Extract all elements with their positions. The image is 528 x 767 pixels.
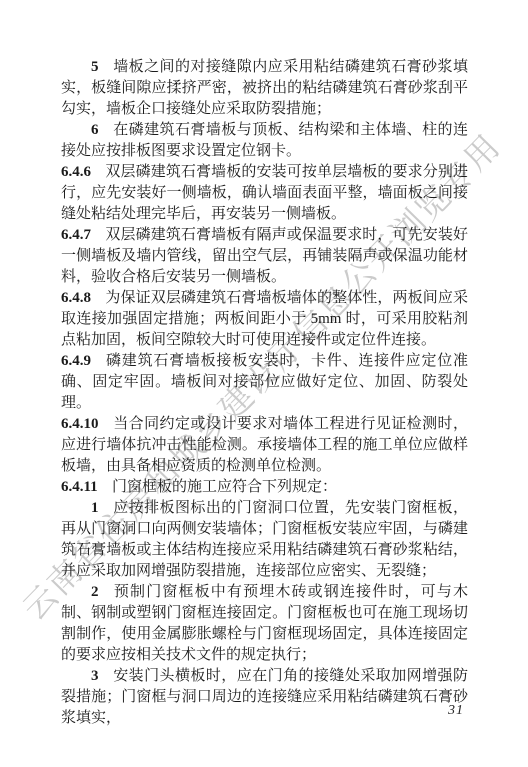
paragraph-item-5: 5墙板之间的对接缝隙内应采用粘结磷建筑石膏砂浆填实，板缝间隙应揉挤严密，被挤出的… [61, 57, 468, 120]
clause-text: 磷建筑石膏墙板接板安装时，卡件、连接件应定位准确、固定牢固。墙板间对接部位应做好… [61, 353, 468, 411]
paragraph-6-4-10: 6.4.10当合同约定或设计要求对墙体工程进行见证检测时，应进行墙体抗冲击性能检… [61, 414, 468, 477]
item-number: 1 [91, 500, 99, 516]
clause-text: 双层磷建筑石膏墙板有隔声或保温要求时，可先安装好一侧墙板及墙内管线，留出空气层，… [61, 227, 468, 285]
item-text: 墙板之间的对接缝隙内应采用粘结磷建筑石膏砂浆填实，板缝间隙应揉挤严密，被挤出的粘… [61, 59, 468, 117]
item-number: 6 [91, 122, 99, 138]
item-text: 预制门窗框板中有预埋木砖或钢连接件时，可与木制、钢制或塑钢门窗框连接固定。门窗框… [61, 584, 468, 663]
paragraph-item-1: 1应按排板图标出的门窗洞口位置，先安装门窗框板，再从门窗洞口向两侧安装墙体；门窗… [61, 498, 468, 582]
clause-number: 6.4.8 [61, 290, 91, 306]
paragraph-item-6: 6在磷建筑石膏墙板与顶板、结构梁和主体墙、柱的连接处应按排板图要求设置定位钢卡。 [61, 120, 468, 162]
document-page: 云南省住房和城乡建设厅信息公开浏览专用 5墙板之间的对接缝隙内应采用粘结磷建筑石… [0, 0, 528, 767]
item-number: 2 [91, 584, 99, 600]
item-text: 在磷建筑石膏墙板与顶板、结构梁和主体墙、柱的连接处应按排板图要求设置定位钢卡。 [61, 122, 468, 159]
body-text: 5墙板之间的对接缝隙内应采用粘结磷建筑石膏砂浆填实，板缝间隙应揉挤严密，被挤出的… [61, 57, 468, 729]
item-text: 安装门头横板时，应在门角的接缝处采取加网增强防裂措施；门窗框与洞口周边的连接缝应… [61, 668, 468, 726]
clause-number: 6.4.9 [61, 353, 91, 369]
clause-text: 门窗框板的施工应符合下列规定： [112, 479, 337, 495]
page-number: 31 [448, 703, 464, 719]
item-number: 3 [91, 668, 99, 684]
clause-text: 为保证双层磷建筑石膏墙板墙体的整体性，两板间应采取连接加强固定措施；两板间距小于… [61, 290, 468, 348]
clause-text: 当合同约定或设计要求对墙体工程进行见证检测时，应进行墙体抗冲击性能检测。承接墙体… [61, 416, 468, 474]
paragraph-6-4-7: 6.4.7双层磷建筑石膏墙板有隔声或保温要求时，可先安装好一侧墙板及墙内管线，留… [61, 225, 468, 288]
clause-number: 6.4.6 [61, 164, 91, 180]
clause-text: 双层磷建筑石膏墙板的安装可按单层墙板的要求分别进行，应先安装好一侧墙板，确认墙面… [61, 164, 468, 222]
paragraph-6-4-11: 6.4.11门窗框板的施工应符合下列规定： [61, 477, 468, 498]
paragraph-6-4-8: 6.4.8为保证双层磷建筑石膏墙板墙体的整体性，两板间应采取连接加强固定措施；两… [61, 288, 468, 351]
clause-number: 6.4.7 [61, 227, 91, 243]
clause-number: 6.4.10 [61, 416, 99, 432]
paragraph-item-3: 3安装门头横板时，应在门角的接缝处采取加网增强防裂措施；门窗框与洞口周边的连接缝… [61, 666, 468, 729]
paragraph-6-4-9: 6.4.9磷建筑石膏墙板接板安装时，卡件、连接件应定位准确、固定牢固。墙板间对接… [61, 351, 468, 414]
paragraph-6-4-6: 6.4.6双层磷建筑石膏墙板的安装可按单层墙板的要求分别进行，应先安装好一侧墙板… [61, 162, 468, 225]
clause-number: 6.4.11 [61, 479, 98, 495]
paragraph-item-2: 2预制门窗框板中有预埋木砖或钢连接件时，可与木制、钢制或塑钢门窗框连接固定。门窗… [61, 582, 468, 666]
item-text: 应按排板图标出的门窗洞口位置，先安装门窗框板，再从门窗洞口向两侧安装墙体；门窗框… [61, 500, 468, 579]
item-number: 5 [91, 59, 99, 75]
